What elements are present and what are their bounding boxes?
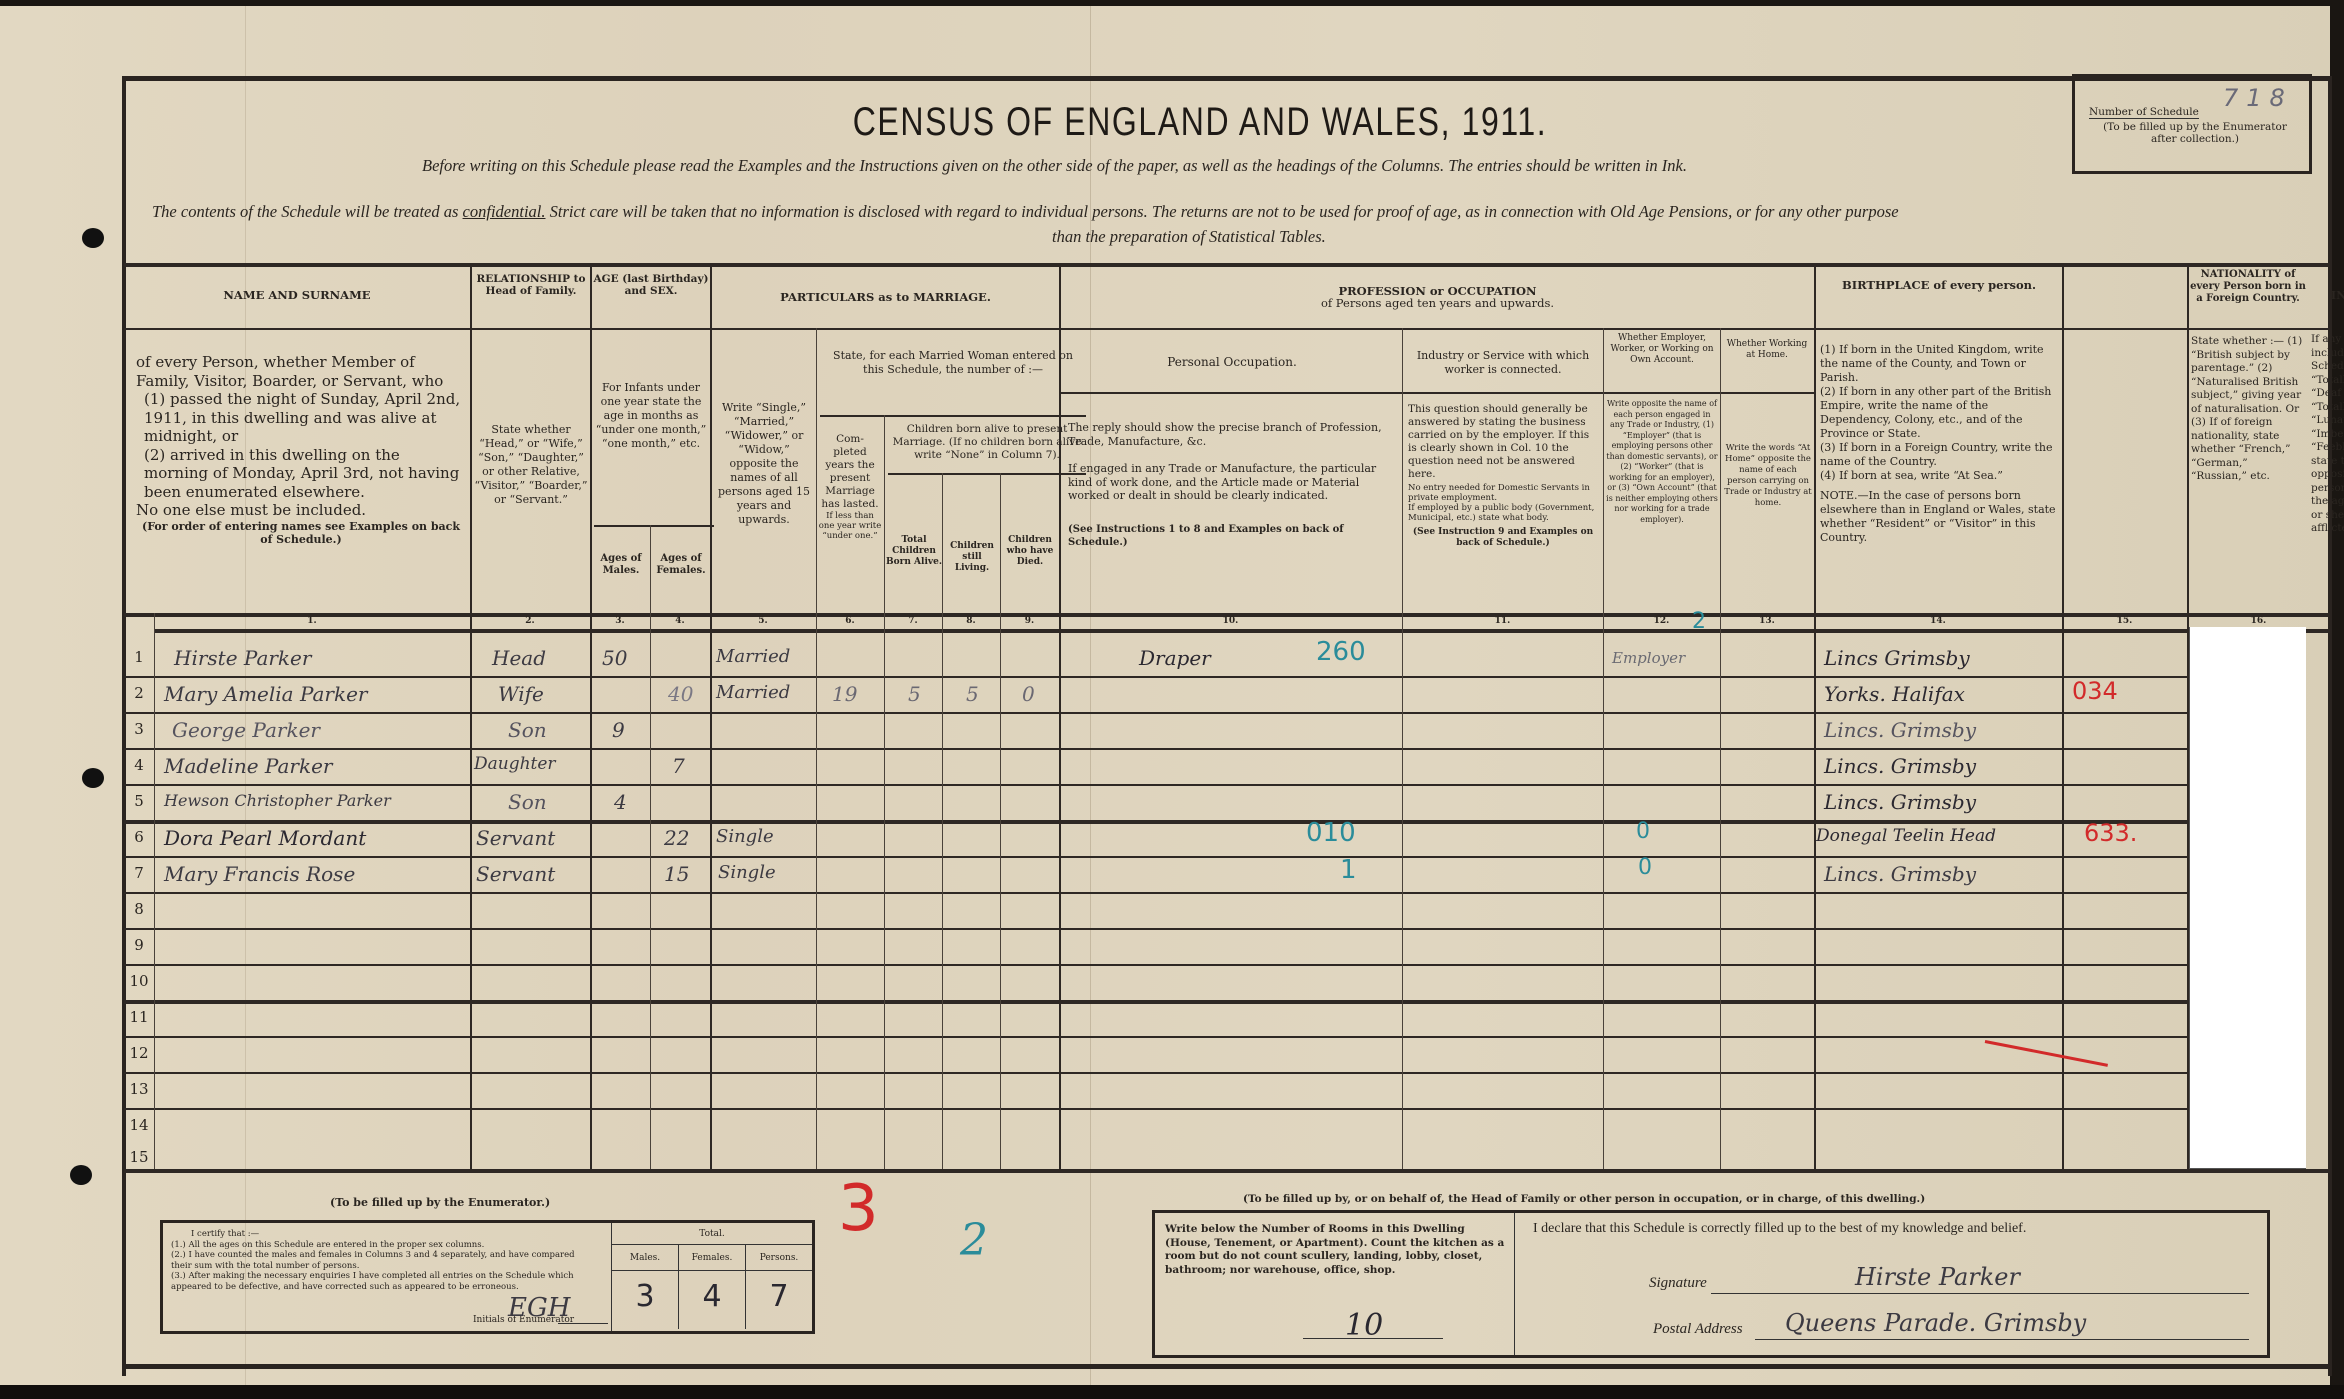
col-age-females: Ages of Females. bbox=[652, 553, 710, 576]
row-nationality-code: 633. bbox=[2084, 819, 2137, 847]
declaration-text: I declare that this Schedule is correctl… bbox=[1533, 1221, 2026, 1237]
row-years-married: 19 bbox=[832, 682, 857, 706]
row-number: 11 bbox=[124, 1008, 154, 1026]
totals-persons-value: 7 bbox=[746, 1271, 812, 1329]
row-age-female: 7 bbox=[672, 754, 685, 778]
col-birthplace-heading: BIRTHPLACE of every person. bbox=[1816, 279, 2062, 291]
confidential-notice-line2: than the preparation of Statistical Tabl… bbox=[1052, 227, 1326, 247]
col-still-living: Children still Living. bbox=[944, 541, 1000, 574]
row-age-male: 9 bbox=[612, 718, 625, 742]
instruction-text: Before writing on this Schedule please r… bbox=[422, 156, 1687, 176]
col-marriage-condition-desc: Write “Single,” “Married,” “Widower,” or… bbox=[714, 401, 814, 527]
row-nationality-code: 034 bbox=[2072, 677, 2118, 705]
row-children-living: 5 bbox=[966, 682, 979, 706]
row-name: Dora Pearl Mordant bbox=[164, 826, 366, 850]
enumerator-certification: I certify that :— (1.) All the ages on t… bbox=[171, 1229, 591, 1292]
confidential-word: confidential. bbox=[463, 202, 546, 221]
row-number: 8 bbox=[124, 900, 154, 918]
col-personal-occupation: Personal Occupation. bbox=[1064, 355, 1400, 370]
row-number: 14 bbox=[124, 1116, 154, 1134]
col-employer: Whether Employer, Worker, or Working on … bbox=[1606, 333, 1718, 366]
row-occupation-code: 1 bbox=[1340, 855, 1357, 885]
col-married-woman-desc: State, for each Married Woman entered on… bbox=[822, 349, 1084, 377]
initials-value: EGH bbox=[508, 1293, 570, 1323]
row-age-male: 4 bbox=[614, 790, 627, 814]
page-title: CENSUS OF ENGLAND AND WALES, 1911. bbox=[800, 100, 1600, 145]
row-age-female: 15 bbox=[664, 862, 689, 886]
row-age-female: 40 bbox=[668, 682, 693, 706]
scan-edge bbox=[0, 1385, 2344, 1399]
row-number: 2 bbox=[124, 684, 154, 702]
employer-mark: 2 bbox=[1692, 609, 1706, 634]
row-relationship: Wife bbox=[498, 682, 544, 706]
col-occupation-heading: PROFESSION or OCCUPATION of Persons aged… bbox=[1061, 285, 1814, 309]
row-occupation-code: 260 bbox=[1316, 637, 1366, 667]
col-name-desc: of every Person, whether Member of Famil… bbox=[136, 353, 466, 546]
totals-males-label: Males. bbox=[612, 1245, 679, 1270]
signature-label: Signature bbox=[1649, 1275, 1707, 1292]
scan-edge bbox=[2330, 0, 2344, 1399]
punch-hole-icon bbox=[70, 1165, 92, 1185]
row-age-female: 22 bbox=[664, 826, 689, 850]
col-home-desc: Write the words “At Home” opposite the n… bbox=[1724, 443, 1812, 509]
totals-persons-label: Persons. bbox=[746, 1245, 812, 1270]
row-age-male: 50 bbox=[602, 646, 627, 670]
row-birthplace: Lincs. Grimsby bbox=[1824, 862, 1976, 886]
rooms-box: Write below the Number of Rooms in this … bbox=[1155, 1213, 1515, 1355]
row-employer-code: 0 bbox=[1638, 855, 1652, 880]
col-employer-desc: Write opposite the name of each person e… bbox=[1606, 399, 1718, 525]
row-employer-code: 0 bbox=[1636, 819, 1650, 844]
totals-table: Total. Males. Females. Persons. 3 4 7 bbox=[611, 1223, 812, 1331]
confidential-notice: The contents of the Schedule will be tre… bbox=[152, 202, 1899, 222]
col-total-born: Total Children Born Alive. bbox=[886, 535, 942, 568]
postal-address-label: Postal Address bbox=[1653, 1321, 1743, 1338]
row-condition: Married bbox=[716, 646, 790, 667]
head-of-family-title: (To be filled up by, or on behalf of, th… bbox=[1243, 1193, 1925, 1205]
punch-hole-icon bbox=[82, 768, 104, 788]
totals-females-label: Females. bbox=[679, 1245, 746, 1270]
census-table: NAME AND SURNAME RELATIONSHIP to Head of… bbox=[124, 263, 2330, 1173]
row-birthplace: Lincs Grimsby bbox=[1824, 646, 1970, 670]
row-number: 5 bbox=[124, 792, 154, 810]
row-number: 10 bbox=[124, 972, 154, 990]
col-birthplace-desc: (1) If born in the United Kingdom, write… bbox=[1820, 343, 2058, 545]
punch-hole-icon bbox=[82, 228, 104, 248]
signature-value: Hirste Parker bbox=[1855, 1263, 2020, 1291]
row-relationship: Servant bbox=[476, 862, 555, 886]
row-birthplace: Yorks. Halifax bbox=[1824, 682, 1965, 706]
row-children-born: 5 bbox=[908, 682, 921, 706]
row-name: Hewson Christopher Parker bbox=[164, 791, 391, 810]
row-number: 12 bbox=[124, 1044, 154, 1062]
row-birthplace: Donegal Teelin Head bbox=[1816, 826, 1996, 846]
row-number: 4 bbox=[124, 756, 154, 774]
col-nationality-desc: State whether :— (1) “British subject by… bbox=[2191, 335, 2305, 484]
col-age-males: Ages of Males. bbox=[594, 553, 648, 576]
row-name: Madeline Parker bbox=[164, 754, 332, 778]
head-of-family-box: Write below the Number of Rooms in this … bbox=[1152, 1210, 2270, 1358]
totals-males-value: 3 bbox=[612, 1271, 679, 1329]
row-name: George Parker bbox=[172, 718, 320, 742]
row-number: 1 bbox=[124, 648, 154, 666]
schedule-number-box: Number of Schedule 718 (To be filled up … bbox=[2072, 74, 2312, 174]
row-condition: Single bbox=[716, 826, 774, 847]
row-condition: Married bbox=[716, 682, 790, 703]
row-number: 13 bbox=[124, 1080, 154, 1098]
row-relationship: Son bbox=[508, 718, 547, 742]
row-number: 6 bbox=[124, 828, 154, 846]
col-age-heading: AGE (last Birthday) and SEX. bbox=[592, 273, 710, 297]
row-occupation: Draper bbox=[1139, 646, 1211, 670]
rooms-value: 10 bbox=[1345, 1308, 1383, 1343]
row-number: 7 bbox=[124, 864, 154, 882]
col-infirmity-heading: INFIRMITY. bbox=[2309, 289, 2344, 301]
row-name: Hirste Parker bbox=[174, 646, 311, 670]
schedule-number-value: 718 bbox=[2223, 92, 2293, 104]
col-completed-years: Com- pleted years the present Marriage h… bbox=[818, 433, 882, 541]
row-number: 15 bbox=[124, 1148, 154, 1166]
row-birthplace: Lincs. Grimsby bbox=[1824, 754, 1976, 778]
row-number: 9 bbox=[124, 936, 154, 954]
row-number: 3 bbox=[124, 720, 154, 738]
row-relationship: Servant bbox=[476, 826, 555, 850]
col-age-desc: For Infants under one year state the age… bbox=[594, 381, 708, 451]
row-relationship: Head bbox=[492, 646, 546, 670]
rooms-instructions: Write below the Number of Rooms in this … bbox=[1165, 1223, 1505, 1277]
postal-address-value: Queens Parade. Grimsby bbox=[1785, 1309, 2086, 1337]
col-industry: Industry or Service with which worker is… bbox=[1406, 349, 1600, 377]
totals-heading: Total. bbox=[612, 1223, 812, 1245]
col-personal-occupation-desc: The reply should show the precise branch… bbox=[1068, 421, 1398, 550]
row-relationship: Son bbox=[508, 790, 547, 814]
red-annotation: 3 bbox=[838, 1172, 879, 1246]
row-birthplace: Lincs. Grimsby bbox=[1824, 790, 1976, 814]
blue-annotation: 2 bbox=[960, 1215, 988, 1266]
col-relationship-heading: RELATIONSHIP to Head of Family. bbox=[472, 273, 590, 297]
schedule-number-note: (To be filled up by the Enumerator after… bbox=[2089, 121, 2301, 145]
col-home: Whether Working at Home. bbox=[1722, 339, 1812, 361]
row-name: Mary Amelia Parker bbox=[164, 682, 368, 706]
schedule-number-label: Number of Schedule bbox=[2089, 106, 2199, 119]
row-employer: Employer bbox=[1612, 649, 1685, 667]
scan-edge bbox=[0, 0, 2344, 6]
col-died: Children who have Died. bbox=[1002, 535, 1058, 568]
col-name-heading: NAME AND SURNAME bbox=[124, 289, 470, 301]
row-relationship: Daughter bbox=[474, 754, 556, 774]
col-nationality-heading: NATIONALITY of every Person born in a Fo… bbox=[2189, 269, 2307, 305]
col-relationship-desc: State whether “Head,” or “Wife,” “Son,” … bbox=[474, 423, 588, 507]
form-frame-bottom bbox=[122, 1364, 2332, 1369]
row-children-died: 0 bbox=[1022, 682, 1035, 706]
enumerator-title: (To be filled up by the Enumerator.) bbox=[330, 1196, 550, 1209]
col-infirmity-desc: If any person included in this Schedule … bbox=[2311, 333, 2344, 536]
totals-females-value: 4 bbox=[679, 1271, 746, 1329]
col-marriage-heading: PARTICULARS as to MARRIAGE. bbox=[712, 291, 1059, 303]
row-birthplace: Lincs. Grimsby bbox=[1824, 718, 1976, 742]
redacted-infirmity-area bbox=[2189, 627, 2306, 1169]
row-condition: Single bbox=[718, 862, 776, 883]
row-occupation-code: 010 bbox=[1306, 818, 1356, 848]
enumerator-box: I certify that :— (1.) All the ages on t… bbox=[160, 1220, 815, 1334]
row-name: Mary Francis Rose bbox=[164, 862, 355, 886]
col-children-heading: Children born alive to present Marriage.… bbox=[888, 423, 1086, 462]
col-industry-desc: This question should generally be answer… bbox=[1408, 403, 1598, 548]
